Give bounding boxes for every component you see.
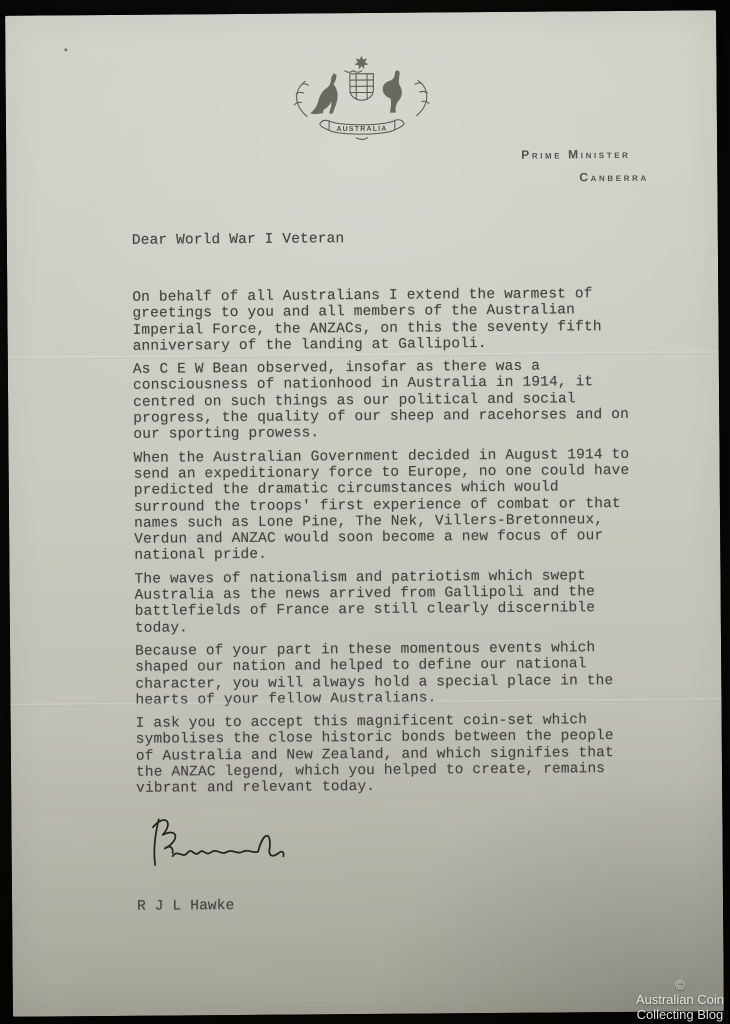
letter-paragraph-6: I ask you to accept this magnificent coi…	[136, 712, 677, 798]
paper-speck	[64, 48, 67, 51]
letterhead-address: Prime Minister Canberra	[6, 146, 717, 196]
letter-paragraph-1: On behalf of all Australians I extend th…	[132, 286, 672, 355]
credit-line-2: Collecting Blog	[636, 1007, 724, 1022]
letter-paragraph-3: When the Australian Government decided i…	[133, 446, 674, 564]
letterhead-office: Prime Minister	[521, 147, 630, 162]
australia-scroll: AUSTRALIA	[319, 120, 404, 135]
signature-block	[138, 807, 677, 885]
letter-paragraph-2: As C E W Bean observed, insofar as there…	[133, 358, 674, 444]
signature-icon	[138, 810, 304, 879]
credit-line-1: Australian Coin	[636, 992, 724, 1007]
emu-icon	[382, 70, 402, 112]
copyright-icon: ©	[636, 977, 724, 992]
scroll-label: AUSTRALIA	[336, 126, 387, 133]
letter-paragraph-4: The waves of nationalism and patriotism …	[134, 567, 674, 636]
shield-icon	[349, 74, 373, 101]
letter-paper: AUSTRALIA Prime Minister Canberra Dear W…	[5, 10, 724, 1017]
letterhead-city: Canberra	[579, 170, 649, 185]
photo-background: AUSTRALIA Prime Minister Canberra Dear W…	[0, 0, 730, 1024]
letter-body: On behalf of all Australians I extend th…	[132, 286, 677, 915]
salutation: Dear World War I Veteran	[132, 228, 718, 249]
letterhead-crest: AUSTRALIA	[5, 10, 717, 144]
photo-credit-watermark: © Australian Coin Collecting Blog	[636, 977, 724, 1022]
kangaroo-icon	[309, 73, 337, 114]
australian-coat-of-arms-icon: AUSTRALIA	[275, 54, 448, 141]
commonwealth-star-icon	[354, 56, 368, 70]
typed-name: R J L Hawke	[137, 894, 677, 915]
